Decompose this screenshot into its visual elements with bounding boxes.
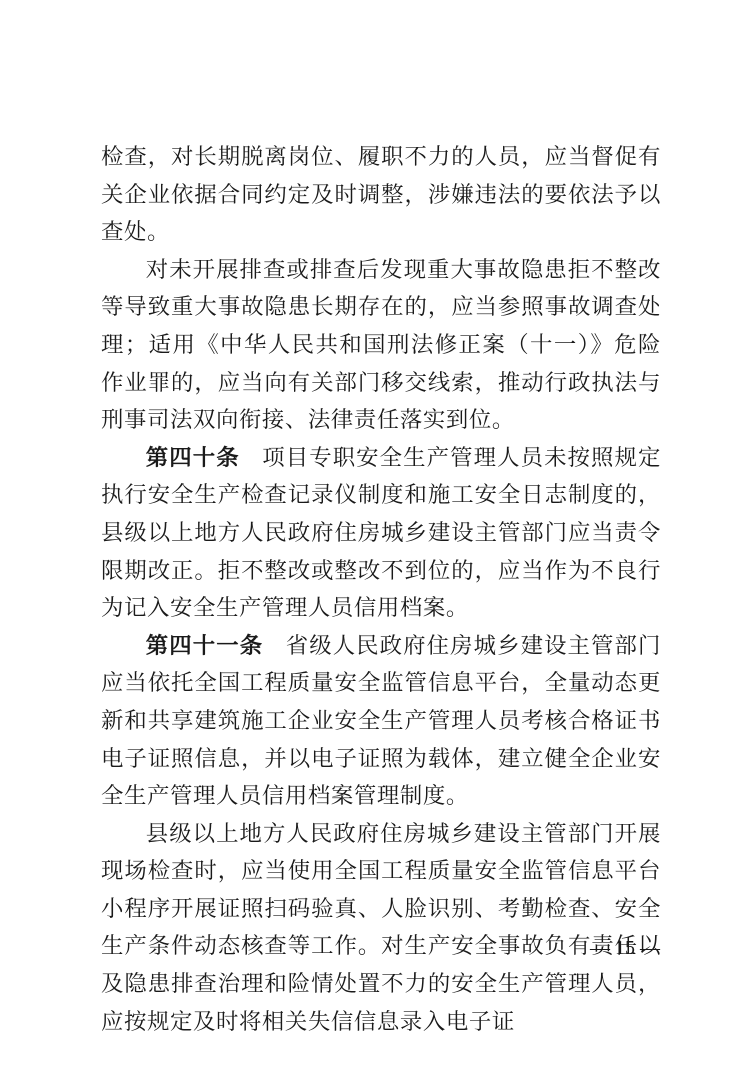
article-heading: 第四十一条 [146,633,263,659]
paragraph-accident-handling: 对未开展排查或排查后发现重大事故隐患拒不整改等导致重大事故隐患长期存在的，应当参… [101,252,661,440]
paragraph-text: 对未开展排查或排查后发现重大事故隐患拒不整改等导致重大事故隐患长期存在的，应当参… [101,257,661,433]
document-page: 检查，对长期脱离岗位、履职不力的人员，应当督促有关企业依据合同约定及时调整，涉嫌… [101,139,661,1041]
page-number: — 15 — [590,937,660,960]
paragraph-field-inspection: 县级以上地方人民政府住房城乡建设主管部门开展现场检查时，应当使用全国工程质量安全… [101,816,661,1042]
paragraph-text: 省级人民政府住房城乡建设主管部门应当依托全国工程质量安全监管信息平台，全量动态更… [101,633,661,809]
paragraph-continuation: 检查，对长期脱离岗位、履职不力的人员，应当督促有关企业依据合同约定及时调整，涉嫌… [101,139,661,252]
paragraph-text: 项目专职安全生产管理人员未按照规定执行安全生产检查记录仪制度和施工安全日志制度的… [101,445,661,621]
paragraph-text: 检查，对长期脱离岗位、履职不力的人员，应当督促有关企业依据合同约定及时调整，涉嫌… [101,144,661,245]
article-40: 第四十条项目专职安全生产管理人员未按照规定执行安全生产检查记录仪制度和施工安全日… [101,440,661,628]
paragraph-text: 县级以上地方人民政府住房城乡建设主管部门开展现场检查时，应当使用全国工程质量安全… [101,821,661,1035]
article-41: 第四十一条省级人民政府住房城乡建设主管部门应当依托全国工程质量安全监管信息平台，… [101,628,661,816]
article-heading: 第四十条 [146,445,240,471]
